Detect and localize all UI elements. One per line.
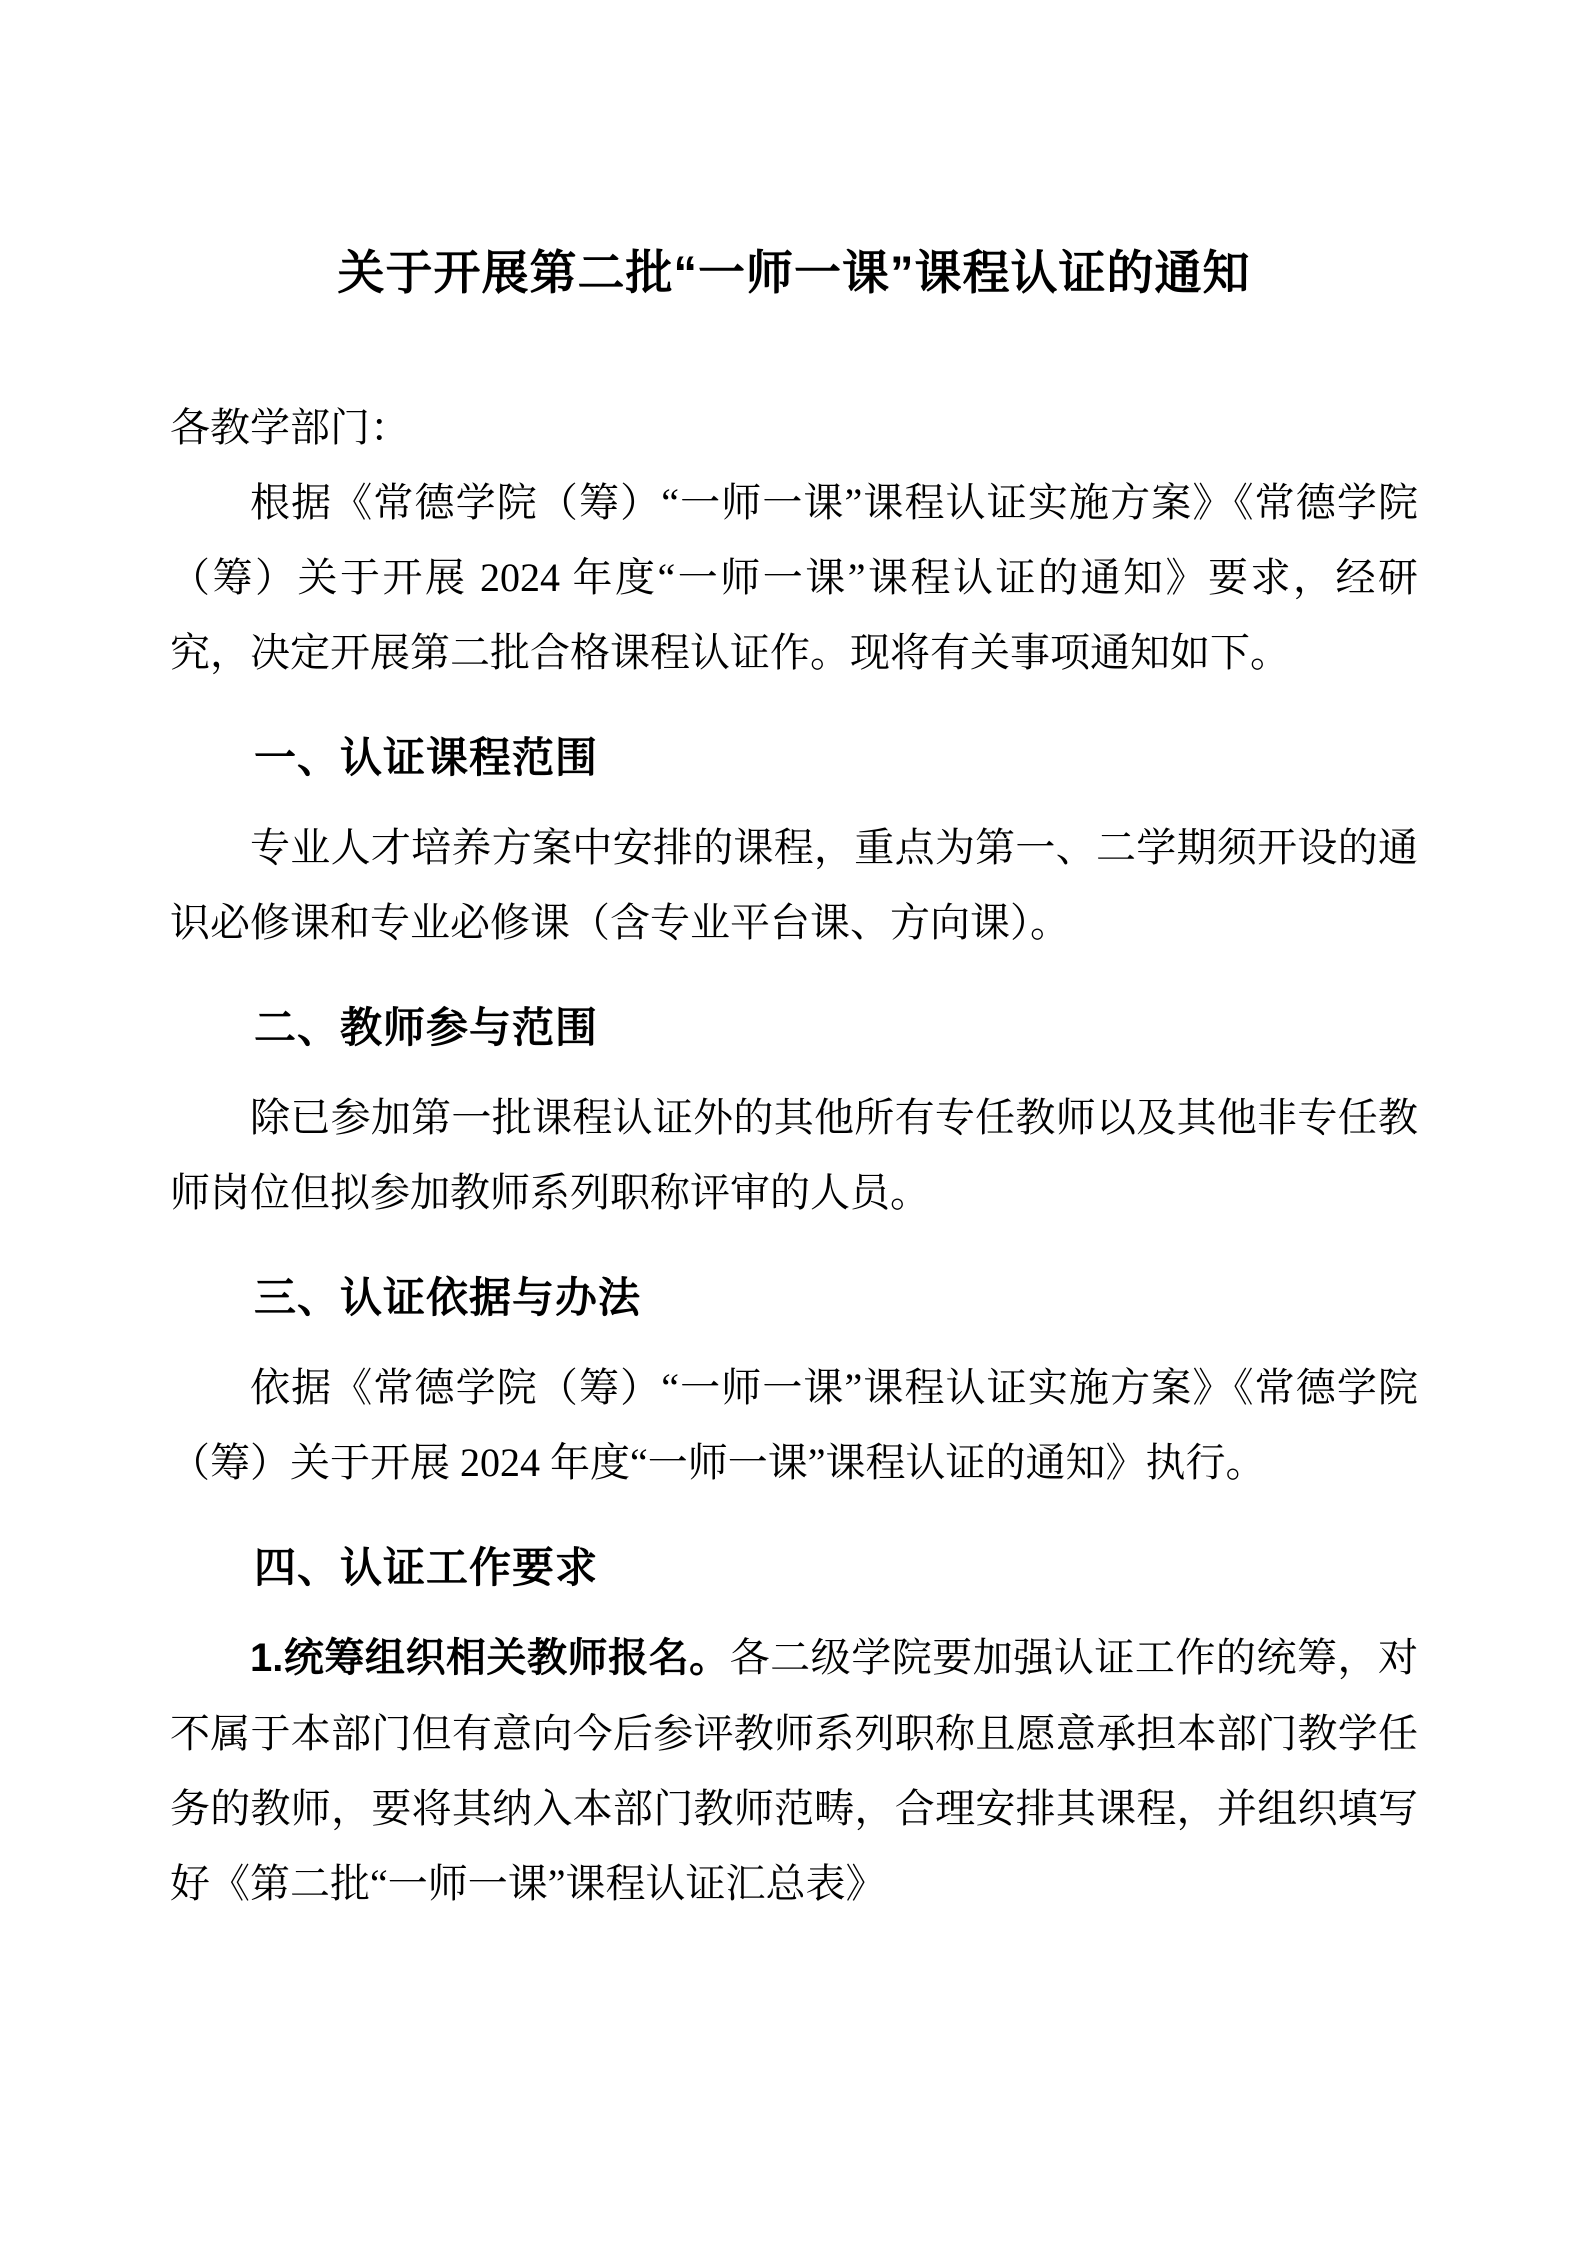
salutation: 各教学部门：: [170, 390, 1418, 465]
section-4-paragraph: 1.统筹组织相关教师报名。各二级学院要加强认证工作的统筹，对不属于本部门但有意向…: [170, 1620, 1418, 1921]
document-page: 关于开展第二批“一师一课”课程认证的通知 各教学部门： 根据《常德学院（筹）“一…: [0, 0, 1586, 2245]
section-3-paragraph: 依据《常德学院（筹）“一师一课”课程认证实施方案》《常德学院（筹）关于开展 20…: [170, 1350, 1418, 1500]
section-2-heading: 二、教师参与范围: [170, 990, 1418, 1065]
intro-paragraph: 根据《常德学院（筹）“一师一课”课程认证实施方案》《常德学院（筹）关于开展 20…: [170, 465, 1418, 690]
document-title: 关于开展第二批“一师一课”课程认证的通知: [170, 238, 1418, 308]
section-1-heading: 一、认证课程范围: [170, 720, 1418, 795]
section-4-item-lead: 1.统筹组织相关教师报名。: [250, 1636, 730, 1680]
section-3-heading: 三、认证依据与办法: [170, 1260, 1418, 1335]
section-1-paragraph: 专业人才培养方案中安排的课程，重点为第一、二学期须开设的通识必修课和专业必修课（…: [170, 810, 1418, 960]
section-2-paragraph: 除已参加第一批课程认证外的其他所有专任教师以及其他非专任教师岗位但拟参加教师系列…: [170, 1080, 1418, 1230]
section-4-heading: 四、认证工作要求: [170, 1530, 1418, 1605]
